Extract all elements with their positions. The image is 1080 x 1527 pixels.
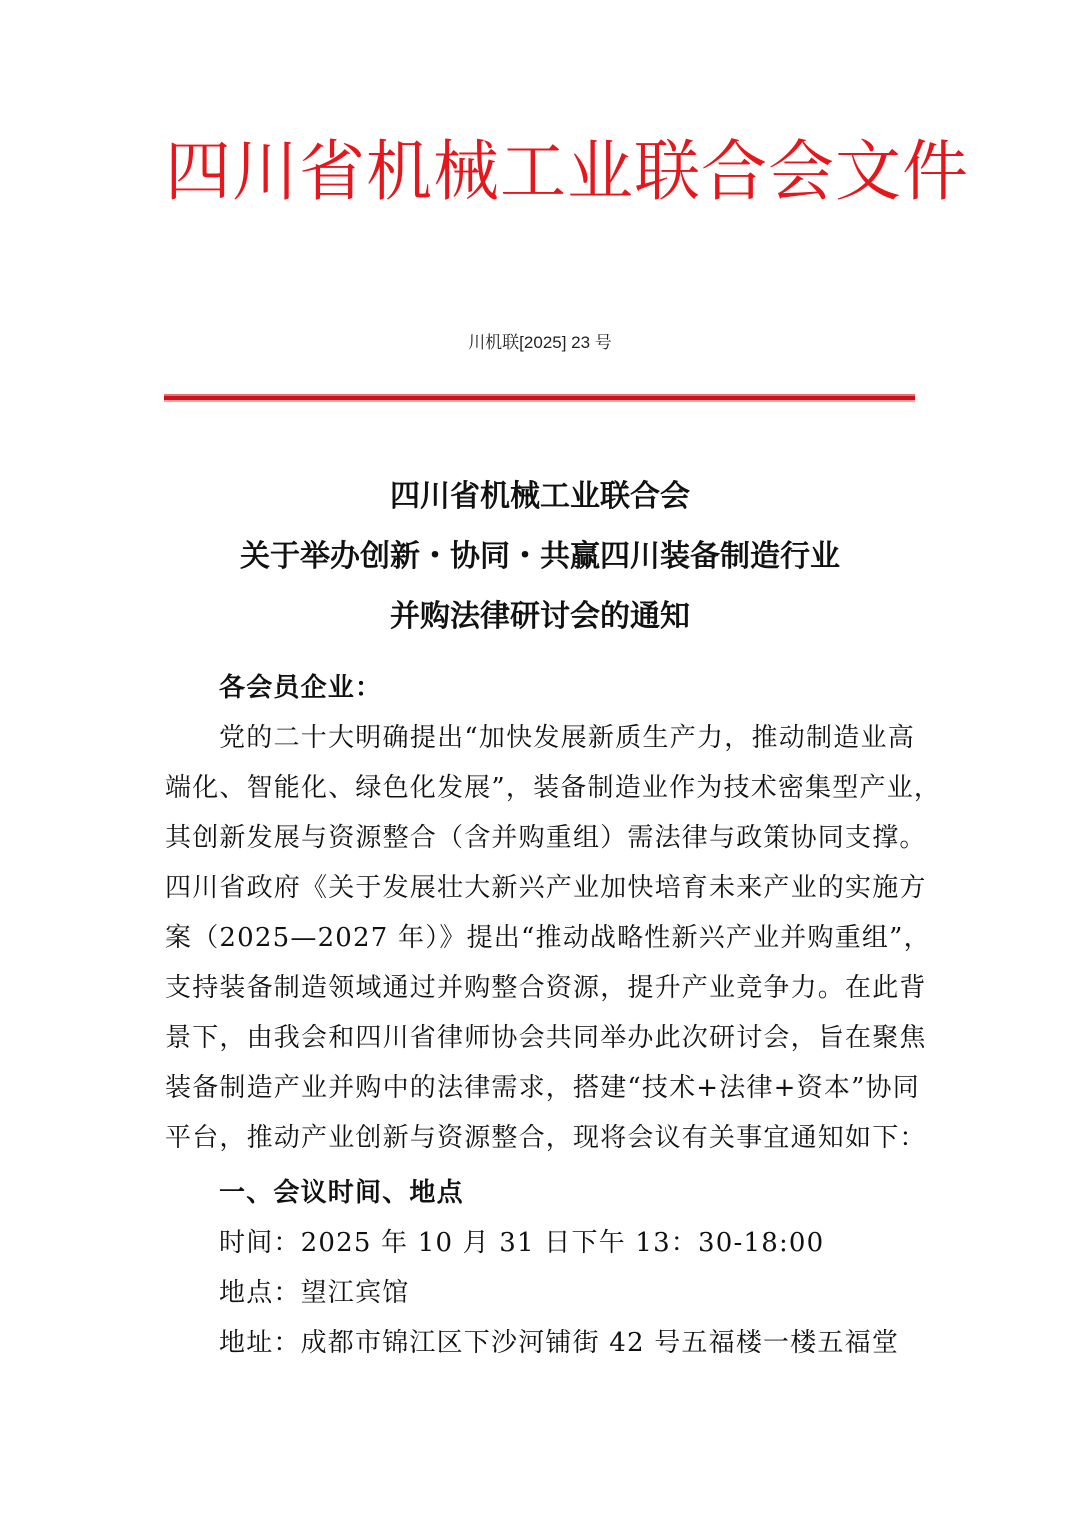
paragraph-line: 案（2025—2027 年）》提出“推动战略性新兴产业并购重组”， xyxy=(165,913,915,963)
title-line-2: 关于举办创新・协同・共赢四川装备制造行业 xyxy=(0,537,1080,577)
title-line-1: 四川省机械工业联合会 xyxy=(0,477,1080,517)
paragraph-line: 装备制造产业并购中的法律需求，搭建“技术+法律+资本”协同 xyxy=(165,1063,915,1113)
salutation: 各会员企业： xyxy=(219,663,915,713)
paragraph-line: 四川省政府《关于发展壮大新兴产业加快培育未来产业的实施方 xyxy=(165,863,915,913)
paragraph-line: 支持装备制造领域通过并购整合资源，提升产业竞争力。在此背 xyxy=(165,963,915,1013)
paragraph-line: 端化、智能化、绿色化发展”，装备制造业作为技术密集型产业， xyxy=(165,763,915,813)
section-heading-1: 一、会议时间、地点 xyxy=(219,1168,915,1218)
meeting-address: 地址：成都市锦江区下沙河铺街 42 号五福楼一楼五福堂 xyxy=(219,1318,915,1368)
paragraph-line: 其创新发展与资源整合（含并购重组）需法律与政策协同支撑。 xyxy=(165,813,915,863)
title-line-3: 并购法律研讨会的通知 xyxy=(0,597,1080,637)
paragraph-line: 党的二十大明确提出“加快发展新质生产力，推动制造业高 xyxy=(219,713,915,763)
paragraph-line: 景下，由我会和四川省律师协会共同举办此次研讨会，旨在聚焦 xyxy=(165,1013,915,1063)
issuer-banner: 四川省机械工业联合会文件 xyxy=(165,132,915,212)
paragraph-line: 平台，推动产业创新与资源整合，现将会议有关事宜通知如下： xyxy=(165,1113,915,1163)
document-page: 四川省机械工业联合会文件 川机联[2025] 23 号 四川省机械工业联合会 关… xyxy=(0,0,1080,1527)
document-number: 川机联[2025] 23 号 xyxy=(0,330,1080,356)
red-divider-bottom xyxy=(164,400,915,402)
meeting-venue: 地点：望江宾馆 xyxy=(219,1268,915,1318)
meeting-time: 时间：2025 年 10 月 31 日下午 13：30-18:00 xyxy=(219,1218,915,1268)
red-divider xyxy=(164,394,915,402)
